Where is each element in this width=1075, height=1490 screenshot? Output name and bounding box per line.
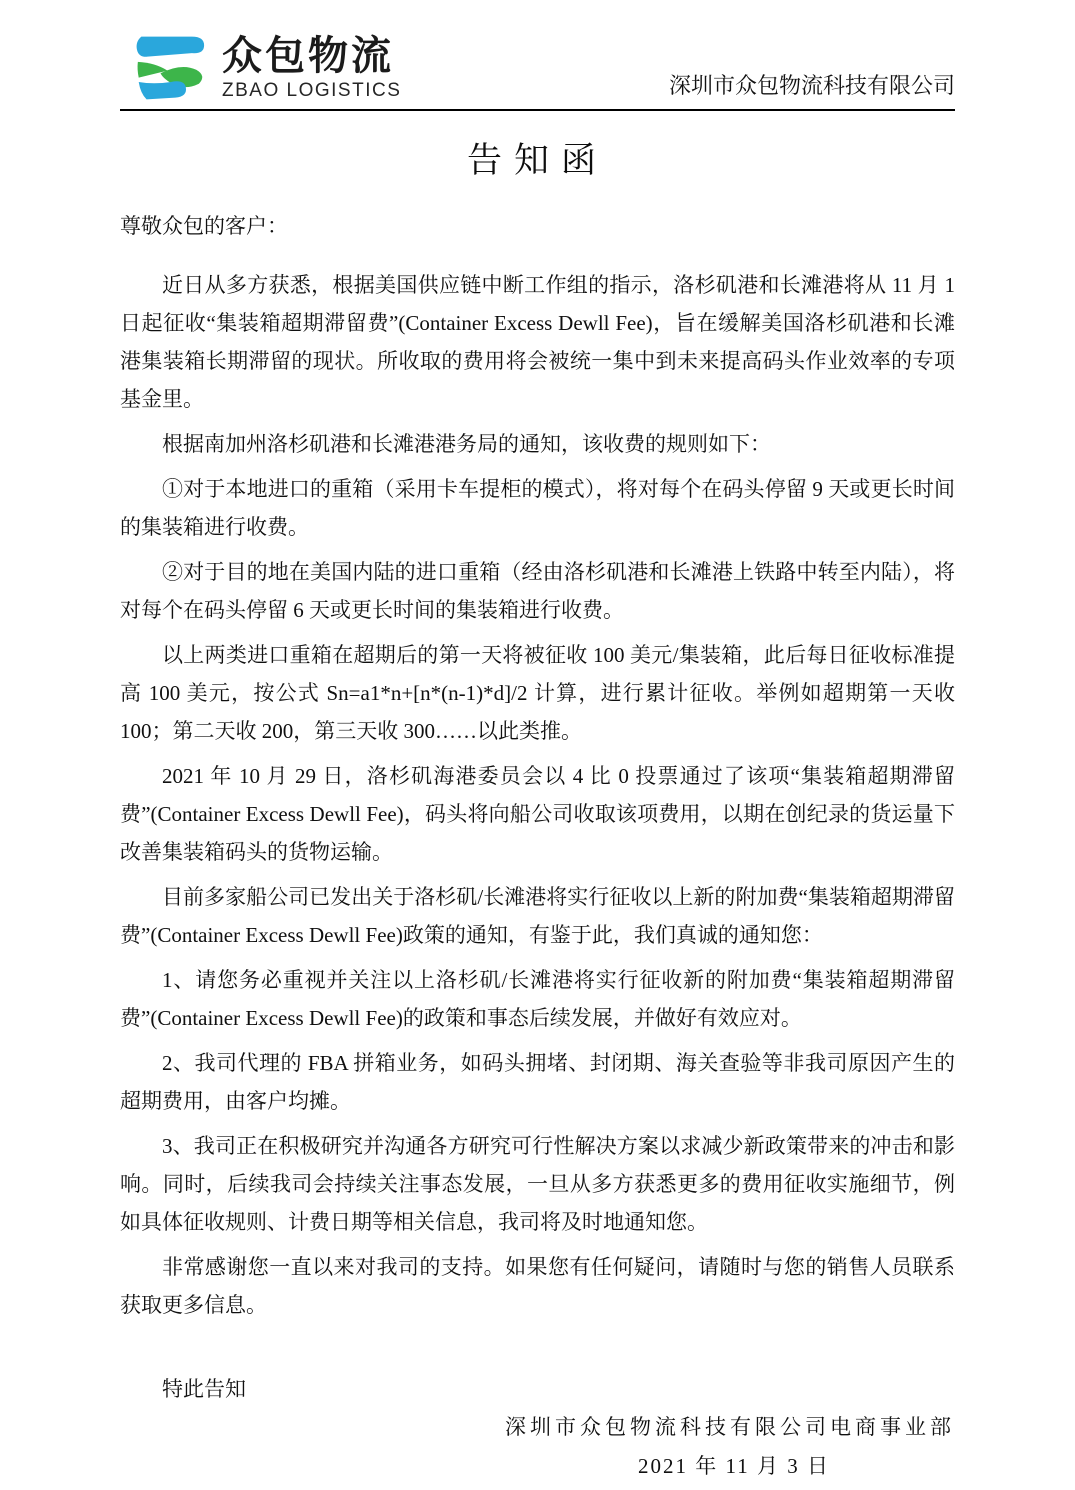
paragraph: 1、请您务必重视并关注以上洛杉矶/长滩港将实行征收新的附加费“集装箱超期滞留费”…: [120, 961, 955, 1037]
paragraph: 近日从多方获悉，根据美国供应链中断工作组的指示，洛杉矶港和长滩港将从 11 月 …: [120, 266, 955, 418]
signature-block: 深圳市众包物流科技有限公司电商事业部 2021 年 11 月 3 日: [120, 1408, 955, 1486]
paragraph: 非常感谢您一直以来对我司的支持。如果您有任何疑问，请随时与您的销售人员联系获取更…: [120, 1248, 955, 1324]
letterhead: 众包物流 ZBAO LOGISTICS 深圳市众包物流科技有限公司: [120, 34, 955, 111]
document-title: 告知函: [120, 139, 955, 183]
paragraph: 以上两类进口重箱在超期后的第一天将被征收 100 美元/集装箱，此后每日征收标准…: [120, 636, 955, 750]
paragraph: 目前多家船公司已发出关于洛杉矶/长滩港将实行征收以上新的附加费“集装箱超期滞留费…: [120, 878, 955, 954]
paragraph: 2021 年 10 月 29 日，洛杉矶海港委员会以 4 比 0 投票通过了该项…: [120, 757, 955, 871]
salutation: 尊敬众包的客户：: [120, 207, 955, 245]
signature-date: 2021 年 11 月 3 日: [120, 1446, 955, 1486]
paragraph: 根据南加州洛杉矶港和长滩港港务局的通知，该收费的规则如下：: [120, 425, 955, 463]
document-page: 众包物流 ZBAO LOGISTICS 深圳市众包物流科技有限公司 告知函 尊敬…: [0, 0, 1075, 1490]
logo-cn-text: 众包物流: [222, 35, 401, 77]
paragraph: 2、我司代理的 FBA 拼箱业务，如码头拥堵、封闭期、海关查验等非我司原因产生的…: [120, 1044, 955, 1120]
signature-department: 深圳市众包物流科技有限公司电商事业部: [120, 1408, 955, 1446]
zbao-logo-icon: [120, 34, 208, 102]
logo-wordmark: 众包物流 ZBAO LOGISTICS: [222, 35, 401, 102]
paragraph: ②对于目的地在美国内陆的进口重箱（经由洛杉矶港和长滩港上铁路中转至内陆），将对每…: [120, 553, 955, 629]
paragraph: 3、我司正在积极研究并沟通各方研究可行性解决方案以求减少新政策带来的冲击和影响。…: [120, 1127, 955, 1241]
company-logo: 众包物流 ZBAO LOGISTICS: [120, 34, 401, 102]
closing-phrase: 特此告知: [120, 1370, 955, 1408]
letter-body: 尊敬众包的客户： 近日从多方获悉，根据美国供应链中断工作组的指示，洛杉矶港和长滩…: [120, 207, 955, 1408]
logo-en-text: ZBAO LOGISTICS: [222, 80, 401, 102]
paragraph: ①对于本地进口的重箱（采用卡车提柜的模式），将对每个在码头停留 9 天或更长时间…: [120, 470, 955, 546]
company-name: 深圳市众包物流科技有限公司: [669, 71, 955, 102]
